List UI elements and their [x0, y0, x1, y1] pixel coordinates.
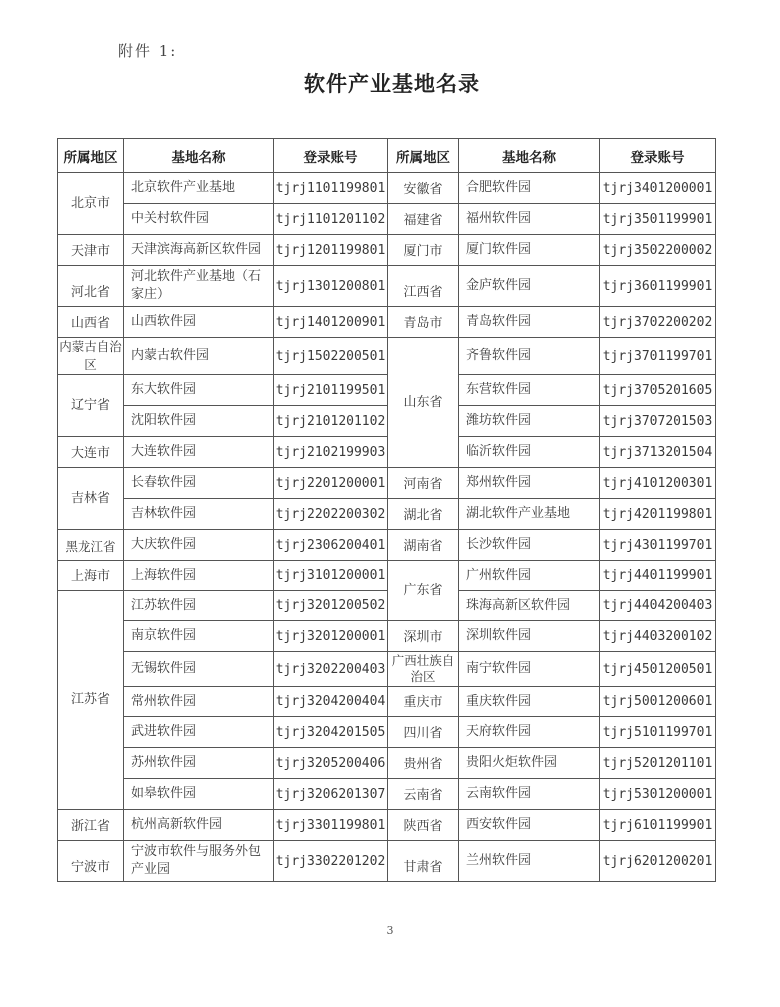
column-header: 基地名称 [459, 139, 600, 173]
account-cell: tjrj3705201605 [600, 375, 716, 406]
base-name-cell: 北京软件产业基地 [124, 173, 274, 204]
base-name-cell: 重庆软件园 [459, 687, 600, 717]
region-cell: 河南省 [388, 468, 459, 499]
account-cell: tjrj3204201505 [274, 717, 388, 748]
region-cell: 江西省 [388, 266, 459, 307]
account-cell: tjrj3502200002 [600, 235, 716, 266]
base-name-cell: 宁波市软件与服务外包产业园 [124, 841, 274, 882]
account-cell: tjrj1101201102 [274, 204, 388, 235]
base-name-cell: 郑州软件园 [459, 468, 600, 499]
region-cell: 大连市 [58, 437, 124, 468]
table-row: 大连市 大连软件园 tjrj2102199903 临沂软件园 tjrj37132… [58, 437, 716, 468]
account-cell: tjrj6101199901 [600, 810, 716, 841]
account-cell: tjrj1101199801 [274, 173, 388, 204]
region-cell: 北京市 [58, 173, 124, 235]
column-header: 所属地区 [58, 139, 124, 173]
account-cell: tjrj3206201307 [274, 779, 388, 810]
region-cell: 山东省 [388, 338, 459, 468]
region-cell: 福建省 [388, 204, 459, 235]
base-name-cell: 中关村软件园 [124, 204, 274, 235]
region-cell: 陕西省 [388, 810, 459, 841]
table-row: 沈阳软件园 tjrj2101201102 潍坊软件园 tjrj370720150… [58, 406, 716, 437]
account-cell: tjrj3601199901 [600, 266, 716, 307]
account-cell: tjrj3202200403 [274, 652, 388, 687]
region-cell: 上海市 [58, 561, 124, 591]
column-header: 登录账号 [274, 139, 388, 173]
account-cell: tjrj4404200403 [600, 591, 716, 621]
account-cell: tjrj2202200302 [274, 499, 388, 530]
table-row: 黑龙江省 大庆软件园 tjrj2306200401 湖南省 长沙软件园 tjrj… [58, 530, 716, 561]
table-row: 如皋软件园 tjrj3206201307 云南省 云南软件园 tjrj53012… [58, 779, 716, 810]
base-name-cell: 贵阳火炬软件园 [459, 748, 600, 779]
table-header-row: 所属地区 基地名称 登录账号 所属地区 基地名称 登录账号 [58, 139, 716, 173]
account-cell: tjrj4301199701 [600, 530, 716, 561]
base-name-cell: 大庆软件园 [124, 530, 274, 561]
base-name-cell: 东大软件园 [124, 375, 274, 406]
column-header: 所属地区 [388, 139, 459, 173]
region-cell: 吉林省 [58, 468, 124, 530]
account-cell: tjrj5301200001 [600, 779, 716, 810]
table-row: 上海市 上海软件园 tjrj3101200001 广东省 广州软件园 tjrj4… [58, 561, 716, 591]
account-cell: tjrj2201200001 [274, 468, 388, 499]
base-name-cell: 湖北软件产业基地 [459, 499, 600, 530]
region-cell: 宁波市 [58, 841, 124, 882]
software-base-table: 所属地区 基地名称 登录账号 所属地区 基地名称 登录账号 北京市 北京软件产业… [57, 138, 716, 882]
table-row: 内蒙古自治区 内蒙古软件园 tjrj1502200501 山东省 齐鲁软件园 t… [58, 338, 716, 375]
region-cell: 黑龙江省 [58, 530, 124, 561]
base-name-cell: 大连软件园 [124, 437, 274, 468]
base-name-cell: 上海软件园 [124, 561, 274, 591]
base-name-cell: 吉林软件园 [124, 499, 274, 530]
base-name-cell: 天津滨海高新区软件园 [124, 235, 274, 266]
table-row: 辽宁省 东大软件园 tjrj2101199501 东营软件园 tjrj37052… [58, 375, 716, 406]
base-name-cell: 江苏软件园 [124, 591, 274, 621]
table-row: 吉林软件园 tjrj2202200302 湖北省 湖北软件产业基地 tjrj42… [58, 499, 716, 530]
account-cell: tjrj3301199801 [274, 810, 388, 841]
base-name-cell: 山西软件园 [124, 307, 274, 338]
table-row: 宁波市 宁波市软件与服务外包产业园 tjrj3302201202 甘肃省 兰州软… [58, 841, 716, 882]
table-row: 吉林省 长春软件园 tjrj2201200001 河南省 郑州软件园 tjrj4… [58, 468, 716, 499]
account-cell: tjrj4401199901 [600, 561, 716, 591]
account-cell: tjrj2306200401 [274, 530, 388, 561]
account-cell: tjrj1201199801 [274, 235, 388, 266]
base-name-cell: 青岛软件园 [459, 307, 600, 338]
region-cell: 山西省 [58, 307, 124, 338]
page-number: 3 [0, 924, 780, 937]
account-cell: tjrj3707201503 [600, 406, 716, 437]
attachment-label: 附件 1: [118, 40, 177, 61]
base-name-cell: 珠海高新区软件园 [459, 591, 600, 621]
account-cell: tjrj3204200404 [274, 687, 388, 717]
region-cell: 广东省 [388, 561, 459, 621]
account-cell: tjrj5201201101 [600, 748, 716, 779]
base-name-cell: 临沂软件园 [459, 437, 600, 468]
base-name-cell: 如皋软件园 [124, 779, 274, 810]
region-cell: 甘肃省 [388, 841, 459, 882]
base-name-cell: 广州软件园 [459, 561, 600, 591]
base-name-cell: 南京软件园 [124, 621, 274, 652]
region-cell: 深圳市 [388, 621, 459, 652]
account-cell: tjrj5101199701 [600, 717, 716, 748]
region-cell: 浙江省 [58, 810, 124, 841]
account-cell: tjrj1401200901 [274, 307, 388, 338]
region-cell: 厦门市 [388, 235, 459, 266]
account-cell: tjrj3302201202 [274, 841, 388, 882]
base-name-cell: 长春软件园 [124, 468, 274, 499]
region-cell: 内蒙古自治区 [58, 338, 124, 375]
account-cell: tjrj1301200801 [274, 266, 388, 307]
base-name-cell: 厦门软件园 [459, 235, 600, 266]
account-cell: tjrj1502200501 [274, 338, 388, 375]
region-cell: 湖北省 [388, 499, 459, 530]
region-cell: 河北省 [58, 266, 124, 307]
account-cell: tjrj3401200001 [600, 173, 716, 204]
base-name-cell: 东营软件园 [459, 375, 600, 406]
table-row: 天津市 天津滨海高新区软件园 tjrj1201199801 厦门市 厦门软件园 … [58, 235, 716, 266]
region-cell: 四川省 [388, 717, 459, 748]
base-name-cell: 齐鲁软件园 [459, 338, 600, 375]
region-cell: 辽宁省 [58, 375, 124, 437]
account-cell: tjrj3501199901 [600, 204, 716, 235]
account-cell: tjrj3205200406 [274, 748, 388, 779]
region-cell: 江苏省 [58, 591, 124, 810]
base-name-cell: 长沙软件园 [459, 530, 600, 561]
table-row: 无锡软件园 tjrj3202200403 广西壮族自治区 南宁软件园 tjrj4… [58, 652, 716, 687]
base-name-cell: 无锡软件园 [124, 652, 274, 687]
region-cell: 重庆市 [388, 687, 459, 717]
account-cell: tjrj4201199801 [600, 499, 716, 530]
base-name-cell: 合肥软件园 [459, 173, 600, 204]
base-name-cell: 兰州软件园 [459, 841, 600, 882]
table-row: 武进软件园 tjrj3204201505 四川省 天府软件园 tjrj51011… [58, 717, 716, 748]
account-cell: tjrj2101201102 [274, 406, 388, 437]
account-cell: tjrj6201200201 [600, 841, 716, 882]
table-row: 浙江省 杭州高新软件园 tjrj3301199801 陕西省 西安软件园 tjr… [58, 810, 716, 841]
base-name-cell: 河北软件产业基地（石家庄） [124, 266, 274, 307]
base-name-cell: 西安软件园 [459, 810, 600, 841]
region-cell: 云南省 [388, 779, 459, 810]
base-name-cell: 内蒙古软件园 [124, 338, 274, 375]
region-cell: 青岛市 [388, 307, 459, 338]
region-cell: 广西壮族自治区 [388, 652, 459, 687]
account-cell: tjrj5001200601 [600, 687, 716, 717]
base-name-cell: 杭州高新软件园 [124, 810, 274, 841]
base-name-cell: 常州软件园 [124, 687, 274, 717]
base-name-cell: 沈阳软件园 [124, 406, 274, 437]
base-name-cell: 金庐软件园 [459, 266, 600, 307]
column-header: 登录账号 [600, 139, 716, 173]
table-row: 中关村软件园 tjrj1101201102 福建省 福州软件园 tjrj3501… [58, 204, 716, 235]
account-cell: tjrj3702200202 [600, 307, 716, 338]
table-row: 常州软件园 tjrj3204200404 重庆市 重庆软件园 tjrj50012… [58, 687, 716, 717]
base-name-cell: 武进软件园 [124, 717, 274, 748]
account-cell: tjrj2101199501 [274, 375, 388, 406]
account-cell: tjrj3201200001 [274, 621, 388, 652]
account-cell: tjrj3201200502 [274, 591, 388, 621]
table-row: 北京市 北京软件产业基地 tjrj1101199801 安徽省 合肥软件园 tj… [58, 173, 716, 204]
base-name-cell: 深圳软件园 [459, 621, 600, 652]
account-cell: tjrj4101200301 [600, 468, 716, 499]
base-name-cell: 苏州软件园 [124, 748, 274, 779]
region-cell: 湖南省 [388, 530, 459, 561]
account-cell: tjrj3701199701 [600, 338, 716, 375]
document-title: 软件产业基地名录 [0, 68, 780, 98]
base-name-cell: 福州软件园 [459, 204, 600, 235]
table-row: 江苏省 江苏软件园 tjrj3201200502 珠海高新区软件园 tjrj44… [58, 591, 716, 621]
table-row: 山西省 山西软件园 tjrj1401200901 青岛市 青岛软件园 tjrj3… [58, 307, 716, 338]
base-name-cell: 南宁软件园 [459, 652, 600, 687]
account-cell: tjrj4403200102 [600, 621, 716, 652]
column-header: 基地名称 [124, 139, 274, 173]
account-cell: tjrj2102199903 [274, 437, 388, 468]
base-name-cell: 云南软件园 [459, 779, 600, 810]
base-name-cell: 天府软件园 [459, 717, 600, 748]
region-cell: 安徽省 [388, 173, 459, 204]
region-cell: 天津市 [58, 235, 124, 266]
account-cell: tjrj4501200501 [600, 652, 716, 687]
table-row: 河北省 河北软件产业基地（石家庄） tjrj1301200801 江西省 金庐软… [58, 266, 716, 307]
table-row: 苏州软件园 tjrj3205200406 贵州省 贵阳火炬软件园 tjrj520… [58, 748, 716, 779]
account-cell: tjrj3713201504 [600, 437, 716, 468]
base-name-cell: 潍坊软件园 [459, 406, 600, 437]
account-cell: tjrj3101200001 [274, 561, 388, 591]
table-row: 南京软件园 tjrj3201200001 深圳市 深圳软件园 tjrj44032… [58, 621, 716, 652]
region-cell: 贵州省 [388, 748, 459, 779]
